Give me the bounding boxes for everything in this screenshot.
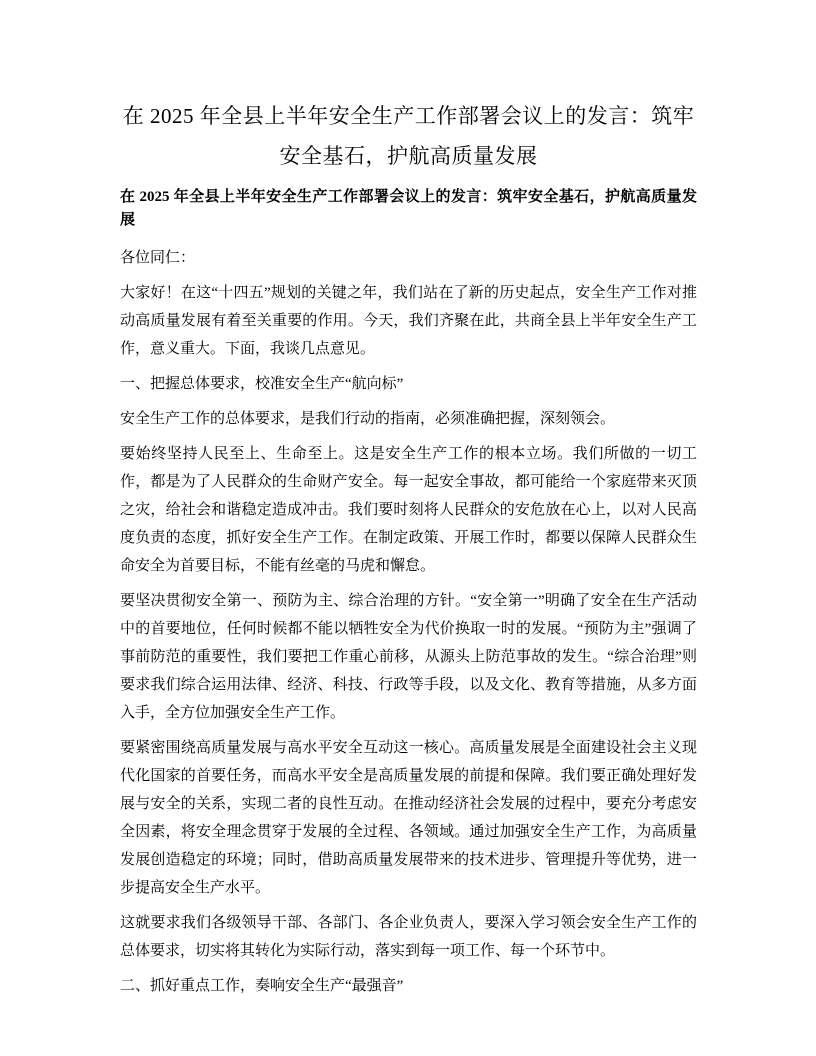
- section-1-paragraph-1: 要始终坚持人民至上、生命至上。这是安全生产工作的根本立场。我们所做的一切工作，都…: [120, 440, 697, 580]
- section-1-lead-paragraph: 安全生产工作的总体要求，是我们行动的指南，必须准确把握，深刻领会。: [120, 405, 697, 433]
- document-bold-heading: 在 2025 年全县上半年安全生产工作部署会议上的发言：筑牢安全基石，护航高质量…: [120, 186, 697, 232]
- document-title: 在 2025 年全县上半年安全生产工作部署会议上的发言：筑牢安全基石，护航高质量…: [120, 96, 697, 176]
- section-1-paragraph-4: 这就要求我们各级领导干部、各部门、各企业负责人，要深入学习领会安全生产工作的总体…: [120, 909, 697, 965]
- section-2-heading: 二、抓好重点工作，奏响安全生产“最强音”: [120, 972, 697, 1000]
- salutation: 各位同仁：: [120, 244, 697, 272]
- document-page: 在 2025 年全县上半年安全生产工作部署会议上的发言：筑牢安全基石，护航高质量…: [0, 0, 816, 1056]
- section-1-paragraph-2: 要坚决贯彻安全第一、预防为主、综合治理的方针。“安全第一”明确了安全在生产活动中…: [120, 587, 697, 727]
- section-1-heading: 一、把握总体要求，校准安全生产“航向标”: [120, 370, 697, 398]
- intro-paragraph: 大家好！在这“十四五”规划的关键之年，我们站在了新的历史起点，安全生产工作对推动…: [120, 279, 697, 363]
- section-1-paragraph-3: 要紧密围绕高质量发展与高水平安全互动这一核心。高质量发展是全面建设社会主义现代化…: [120, 734, 697, 902]
